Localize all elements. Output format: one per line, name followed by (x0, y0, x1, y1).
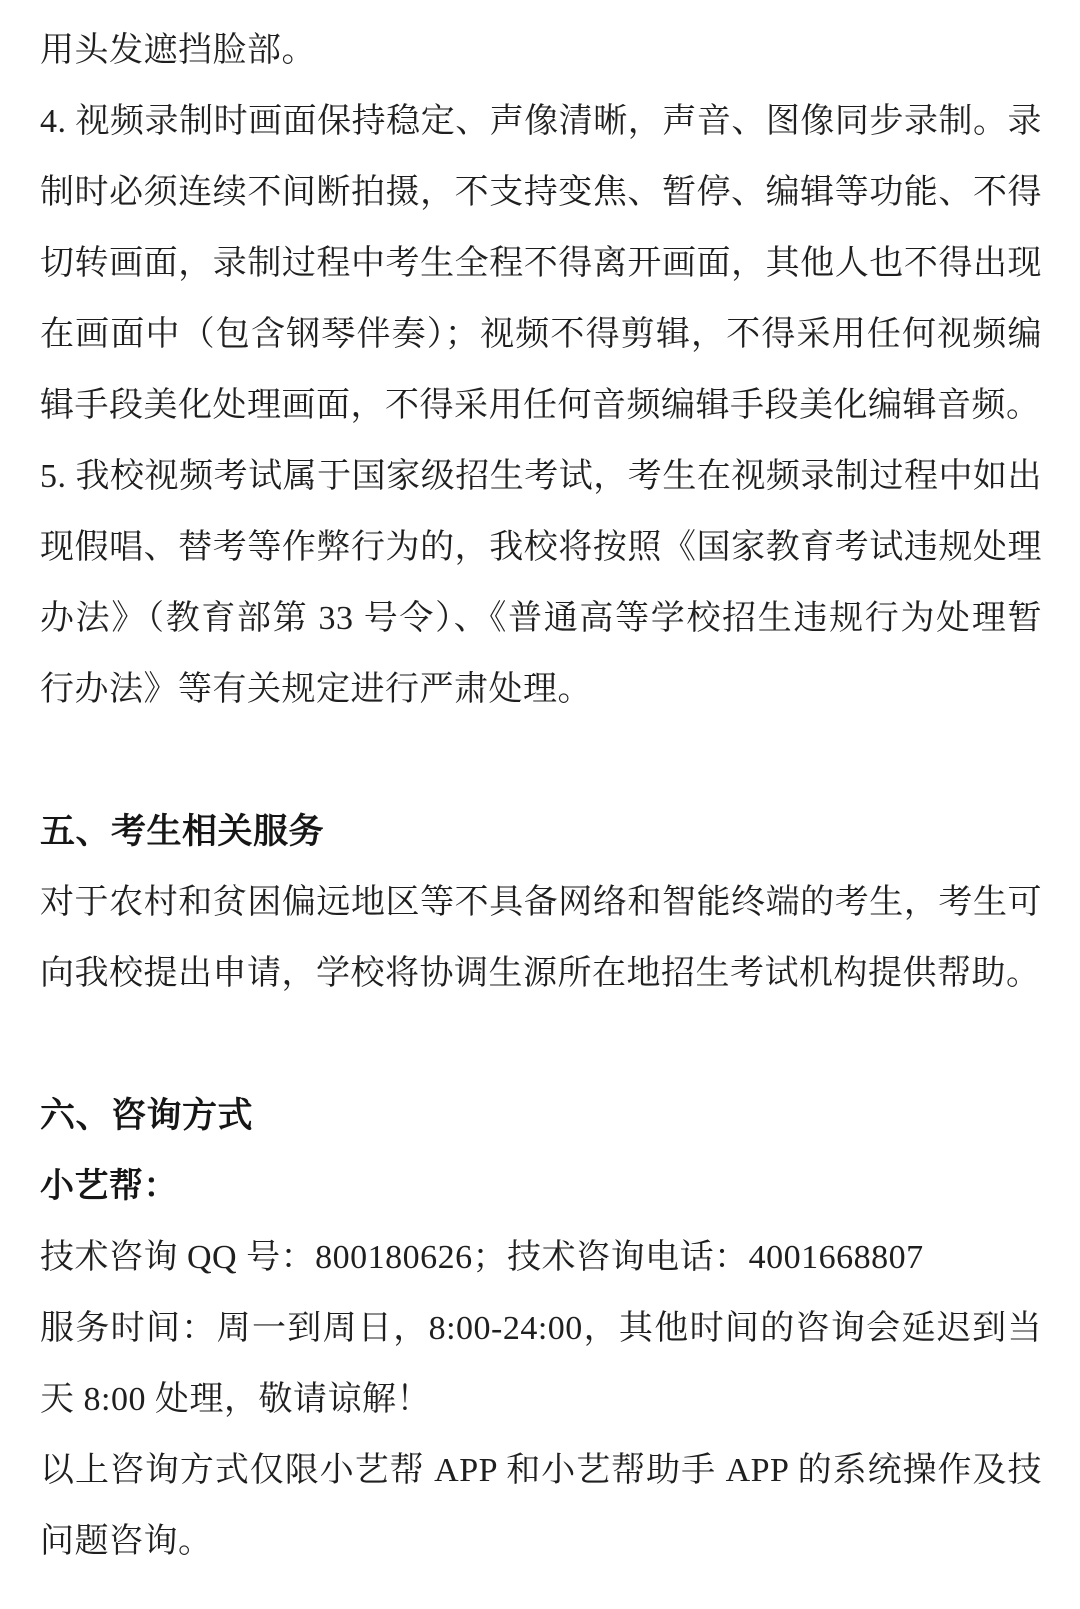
xiaoyibang-label: 小艺帮： (40, 1151, 1042, 1222)
text-line: 用头发遮挡脸部。 (40, 15, 1042, 86)
contact-info-line: 技术咨询 QQ 号：800180626；技术咨询电话：4001668807 (40, 1222, 1042, 1293)
text-line: 4. 视频录制时画面保持稳定、声像清晰，声音、图像同步录制。录 (40, 86, 1042, 157)
document-page: 用头发遮挡脸部。 4. 视频录制时画面保持稳定、声像清晰，声音、图像同步录制。录… (0, 0, 1080, 1577)
text-line: 办法》（教育部第 33 号令）、《普通高等学校招生违规行为处理暂 (40, 583, 1042, 654)
blank-line (40, 725, 1042, 796)
blank-line (40, 1009, 1042, 1080)
text-line: 对于农村和贫困偏远地区等不具备网络和智能终端的考生，考生可 (40, 867, 1042, 938)
text-line: 行办法》等有关规定进行严肃处理。 (40, 654, 1042, 725)
service-hours-line: 服务时间：周一到周日，8:00-24:00，其他时间的咨询会延迟到当 (40, 1293, 1042, 1364)
service-hours-line: 天 8:00 处理，敬请谅解！ (40, 1364, 1042, 1435)
text-line: 辑手段美化处理画面，不得采用任何音频编辑手段美化编辑音频。 (40, 370, 1042, 441)
section-heading-5: 五、考生相关服务 (40, 796, 1042, 867)
text-line: 问题咨询。 (40, 1506, 1042, 1577)
text-line: 切转画面，录制过程中考生全程不得离开画面，其他人也不得出现 (40, 228, 1042, 299)
text-line: 制时必须连续不间断拍摄，不支持变焦、暂停、编辑等功能、不得 (40, 157, 1042, 228)
text-line: 5. 我校视频考试属于国家级招生考试，考生在视频录制过程中如出 (40, 441, 1042, 512)
text-line: 现假唱、替考等作弊行为的，我校将按照《国家教育考试违规处理 (40, 512, 1042, 583)
text-line: 以上咨询方式仅限小艺帮 APP 和小艺帮助手 APP 的系统操作及技术 (40, 1435, 1042, 1506)
text-line: 在画面中（包含钢琴伴奏）；视频不得剪辑，不得采用任何视频编 (40, 299, 1042, 370)
text-line: 向我校提出申请，学校将协调生源所在地招生考试机构提供帮助。 (40, 938, 1042, 1009)
section-heading-6: 六、咨询方式 (40, 1080, 1042, 1151)
